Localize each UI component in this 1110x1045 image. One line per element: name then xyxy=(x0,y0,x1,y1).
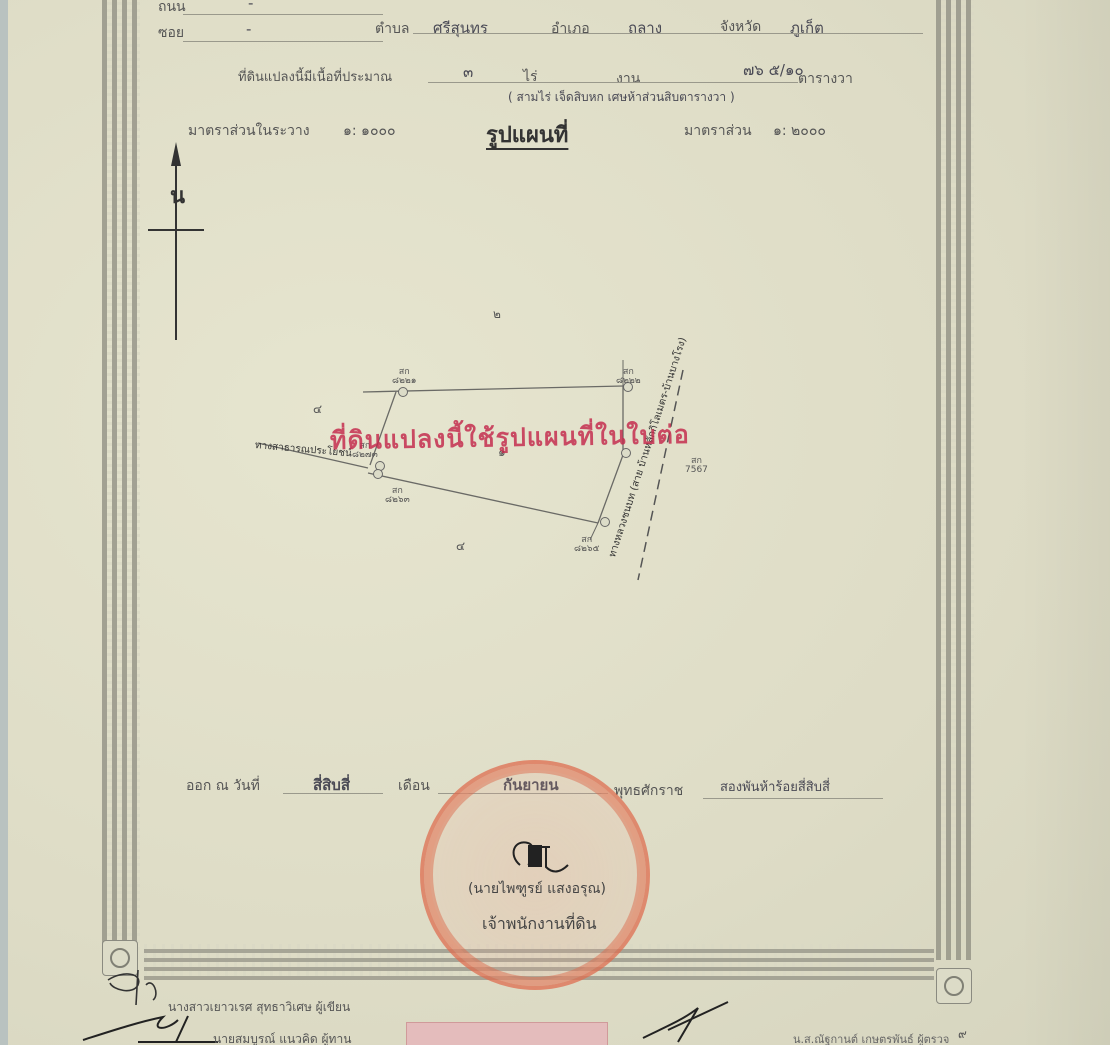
amphoe-value: ถลาง xyxy=(628,16,662,40)
deed-page: ถนน - ซอย - ตำบล ศรีสุนทร อำเภอ ถลาง จัง… xyxy=(8,0,1110,1045)
soi-line xyxy=(183,41,383,42)
map-title: รูปแผนที่ xyxy=(486,117,568,152)
writer-signature xyxy=(98,965,178,1010)
area-rai-value: ๓ xyxy=(463,60,473,84)
location-line xyxy=(413,33,923,34)
checker-signature xyxy=(78,1012,218,1045)
area-rai-label: ไร่ xyxy=(523,66,538,88)
north-arrow-icon xyxy=(146,140,206,345)
area-ngan-label: งาน xyxy=(616,68,640,90)
soi-label: ซอย xyxy=(158,22,184,44)
official-name: (นายไพฑูรย์ แสงอรุณ) xyxy=(468,878,606,900)
map-continuation-stamp: ที่ดินแปลงนี้ใช้รูปแผนที่ในใบต่อ xyxy=(330,415,690,461)
tambon-value: ศรีสุนทร xyxy=(433,16,488,40)
marker-8265: สก๘๒๖๕ xyxy=(574,536,599,554)
map-scale-value: ๑: ๒๐๐๐ xyxy=(773,120,826,142)
area-line xyxy=(428,82,798,83)
province-value: ภูเก็ต xyxy=(790,16,824,40)
official-title: เจ้าพนักงานที่ดิน xyxy=(482,912,597,937)
page-mark: ๙ xyxy=(958,1025,967,1044)
map-scale-label: มาตราส่วน xyxy=(684,120,752,142)
road-label: ถนน xyxy=(158,0,186,18)
scan-edge xyxy=(0,0,8,1045)
right-signature xyxy=(638,1000,738,1045)
issue-month-label: เดือน xyxy=(398,775,430,797)
survey-scale-value: ๑: ๑๐๐๐ xyxy=(343,120,396,142)
area-wa-label: ตารางวา xyxy=(798,68,853,90)
province-label: จังหวัด xyxy=(720,16,761,38)
marker-8221: สก๘๒๒๑ xyxy=(392,368,417,386)
road-value: - xyxy=(248,0,253,12)
issue-year: สองพันห้าร้อยสี่สิบสี่ xyxy=(720,776,830,797)
page-shadow xyxy=(1020,0,1110,1045)
left-guilloche-border xyxy=(102,0,140,950)
area-prefix: ที่ดินแปลงนี้มีเนื้อที่ประมาณ xyxy=(238,66,392,87)
neighbor-north-number: ๒ xyxy=(493,305,501,324)
marker-8263: สก๘๒๖๓ xyxy=(385,487,410,505)
corner-ornament-right xyxy=(936,968,972,1004)
issue-day-line xyxy=(283,793,383,794)
issue-year-label: พุทธศักราช xyxy=(614,780,683,802)
north-label: น xyxy=(170,178,185,213)
amphoe-label: อำเภอ xyxy=(551,18,590,40)
marker-7567: สก7567 xyxy=(685,457,708,475)
issue-year-line xyxy=(703,798,883,799)
area-in-words: ( สามไร่ เจ็ดสิบหก เศษห้าส่วนสิบตารางวา … xyxy=(508,88,735,107)
issue-prefix: ออก ณ วันที่ xyxy=(186,775,260,797)
area-wa-value: ๗๖ ๕/๑๐ xyxy=(743,58,804,82)
checker-line: นายสมบูรณ์ แนวคิด ผู้ทาน xyxy=(213,1030,351,1045)
road-line xyxy=(183,14,383,15)
right-guilloche-border xyxy=(936,0,974,960)
official-signature xyxy=(506,835,576,880)
marker-8222: สก๘๒๒๒ xyxy=(616,368,641,386)
soi-value: - xyxy=(246,20,251,38)
parcel-map xyxy=(228,360,698,600)
neighbor-south-number: ๔ xyxy=(456,537,465,556)
survey-scale-label: มาตราส่วนในระวาง xyxy=(188,120,310,142)
tambon-label: ตำบล xyxy=(375,18,409,40)
neighbor-west-number: ๔ xyxy=(313,400,322,419)
right-signer-line: น.ส.ณัฐกานต์ เกษตรพันธ์ ผู้ตรวจ xyxy=(793,1030,949,1045)
attached-receipt-slip xyxy=(406,1022,608,1045)
